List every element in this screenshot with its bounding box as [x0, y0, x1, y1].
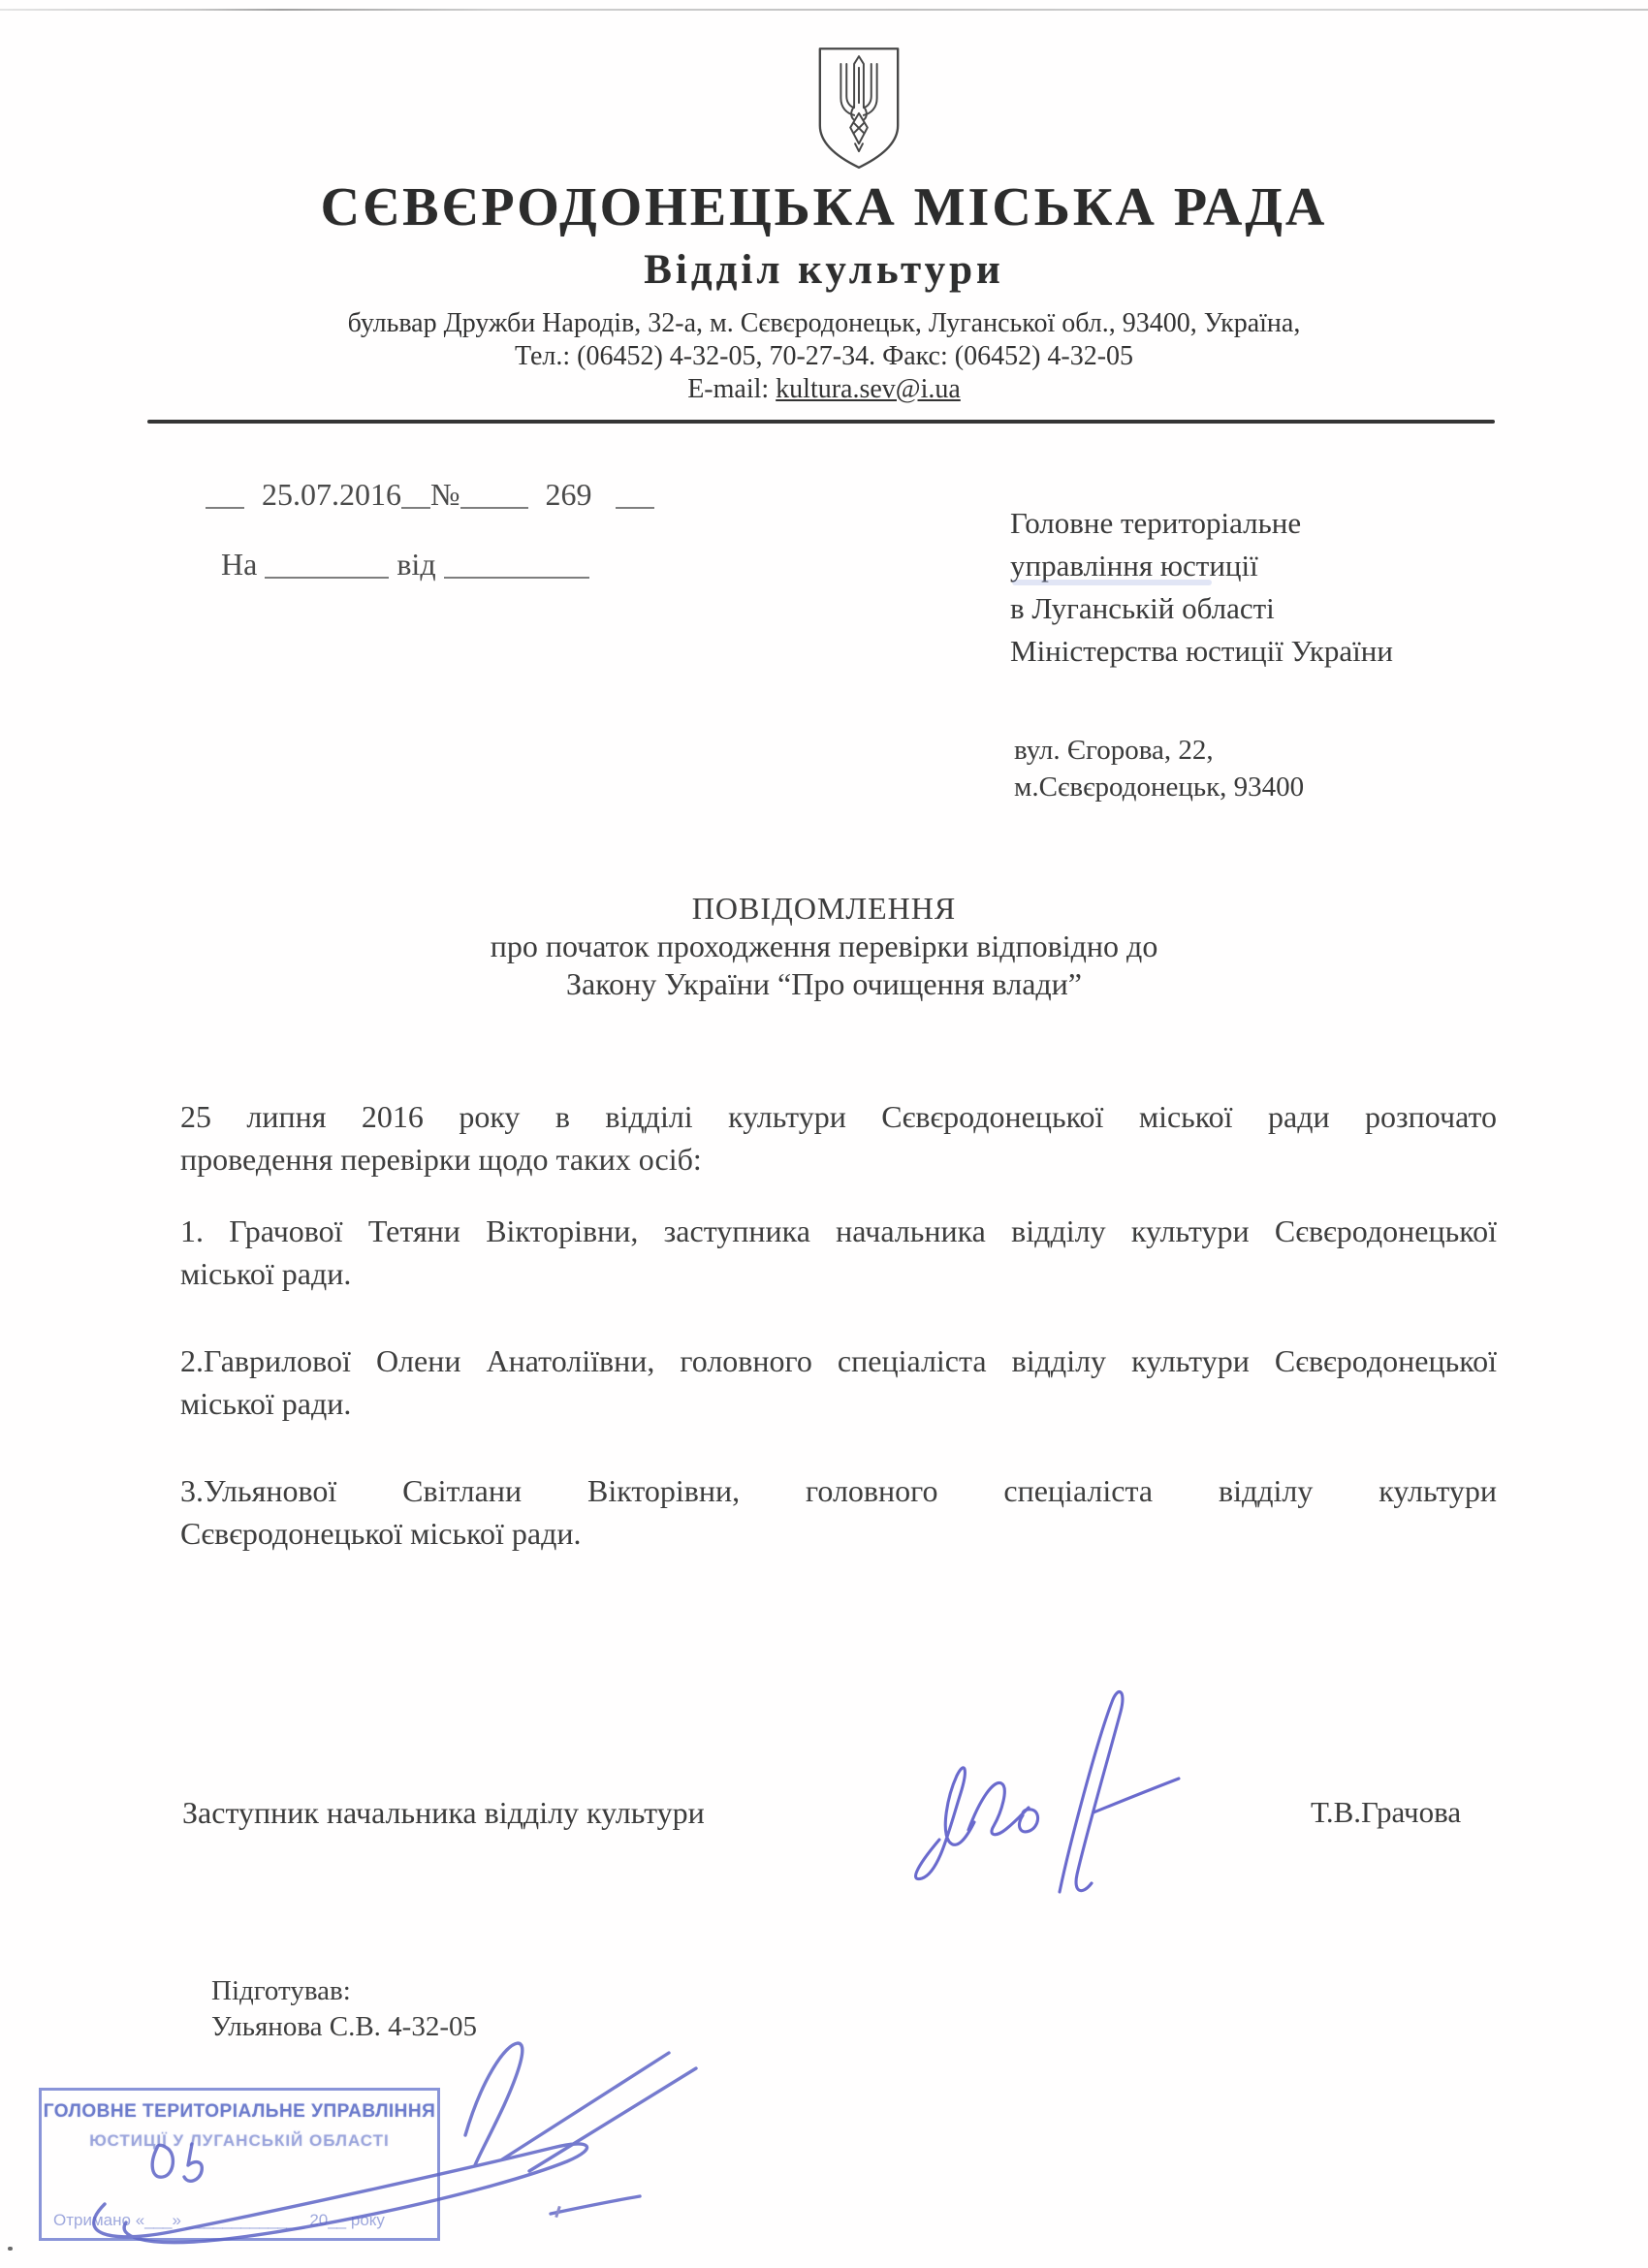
blank-line [616, 480, 654, 509]
person-item-1: 1. Грачової Тетяни Вікторівни, заступник… [180, 1210, 1497, 1295]
number-sign: № [430, 477, 460, 512]
recipient-address-line: вул. Єгорова, 22, [1014, 732, 1479, 769]
scan-smudge-artifact [1012, 580, 1212, 585]
prepared-label: Підготував: [211, 1973, 477, 2009]
recipient-address-line: м.Сєвєродонецьк, 93400 [1014, 769, 1479, 805]
signatory-position-title: Заступник начальника відділу культури [182, 1795, 705, 1831]
subject-title: ПОВІДОМЛЕННЯ [0, 890, 1648, 928]
email-label: E-mail: [687, 374, 769, 404]
subject-subtitle-line: про початок проходження перевірки відпов… [0, 928, 1648, 965]
person-item-3: 3.Ульянової Світлани Вікторівни, головно… [180, 1469, 1497, 1555]
scan-speck [8, 2247, 13, 2251]
email-link: kultura.sev@i.ua [776, 374, 961, 404]
document-number: 269 [546, 477, 592, 512]
intro-paragraph: 25 липня 2016 року в відділі культури Сє… [180, 1095, 1497, 1181]
person-item-2: 2.Гаврилової Олени Анатоліївни, головног… [180, 1339, 1497, 1425]
organization-name: СЄВЄРОДОНЕЦЬКА МІСЬКА РАДА [0, 176, 1648, 238]
signatory-name: Т.В.Грачова [1311, 1795, 1461, 1830]
signature-ink [906, 1683, 1197, 1907]
na-label: На [221, 547, 257, 582]
organization-phone-fax: Тел.: (06452) 4-32-05, 70-27-34. Факс: (… [0, 341, 1648, 372]
recipient-address-block: вул. Єгорова, 22, м.Сєвєродонецьк, 93400 [1014, 732, 1479, 805]
department-name: Відділ культури [0, 246, 1648, 294]
subject-subtitle-line: Закону України “Про очищення влади” [0, 965, 1648, 1003]
reference-number-line: 25.07.2016№269 [206, 477, 654, 513]
organization-address: бульвар Дружби Народів, 32-а, м. Сєвєрод… [0, 308, 1648, 339]
recipient-block: Головне територіальне управління юстиції… [1010, 502, 1534, 673]
recipient-line: Міністерства юстиції України [1010, 630, 1534, 673]
letterhead-divider-rule [147, 420, 1495, 424]
subject-block: ПОВІДОМЛЕННЯ про початок проходження пер… [0, 890, 1648, 1003]
blank-line [444, 550, 589, 579]
scan-artifact-line [0, 9, 1648, 11]
blank-line [206, 480, 244, 509]
scanned-letter-page: СЄВЄРОДОНЕЦЬКА МІСЬКА РАДА Відділ культу… [0, 0, 1648, 2268]
reply-reference-line: На від [221, 547, 589, 583]
blank-line [460, 480, 528, 509]
trident-emblem [811, 45, 906, 173]
blank-line [265, 550, 389, 579]
organization-email-line: E-mail: kultura.sev@i.ua [0, 374, 1648, 405]
stamp-handwriting-ink [47, 2022, 706, 2259]
body-text: 25 липня 2016 року в відділі культури Сє… [180, 1095, 1497, 1599]
blank-line [401, 480, 430, 509]
document-date: 25.07.2016 [262, 477, 401, 512]
recipient-line: Головне територіальне [1010, 502, 1534, 545]
vid-label: від [396, 547, 435, 582]
recipient-line: в Луганській області [1010, 587, 1534, 630]
